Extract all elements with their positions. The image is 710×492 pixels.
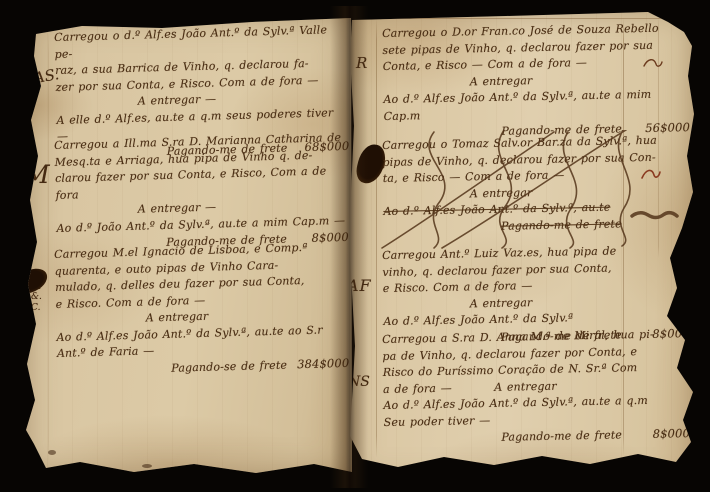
margin-mark: R	[356, 54, 367, 72]
ink-speck	[48, 450, 56, 455]
ledger-entry-cancelled: Carregou o Tomaz Salv.or Bar.za da Sylv.…	[382, 132, 690, 237]
left-page: VAS. M L &. C. Carregou o d.º Alf.es Joã…	[22, 12, 352, 478]
freight-label: Pagando-se de frete	[171, 357, 287, 377]
ledger-entry: Carregou a S.ra D. Anna M.ª de Miral, hu…	[382, 326, 690, 448]
ink-blot	[11, 265, 50, 296]
ledger-entry: Carregou a Ill.ma S.ra D. Marianna Catha…	[54, 130, 349, 255]
entry-line-fragment: a de fora —	[383, 380, 452, 398]
margin-mark: M	[24, 160, 50, 189]
freight-label: Pagando-me de frete	[501, 216, 622, 235]
ink-speck	[142, 464, 152, 468]
right-page: R AF NS Carregou o D.or Fran.co José de …	[346, 6, 698, 488]
freight-amount: 384$000	[297, 354, 350, 372]
ledger-entry: Carregou M.el Ignacio de Lisboa, e Comp.…	[54, 239, 350, 380]
margin-rule	[48, 32, 49, 462]
margin-rule	[376, 18, 377, 458]
manuscript-photo: VAS. M L &. C. Carregou o d.º Alf.es Joã…	[0, 0, 710, 492]
margin-mark: &.	[31, 292, 42, 302]
freight-amount: 8$000	[632, 425, 690, 443]
freight-amount-scribbled	[632, 226, 690, 227]
ledger-entry: Carregou o D.or Fran.co José de Souza Re…	[382, 20, 690, 142]
freight-label: Pagando-me de frete	[501, 427, 622, 446]
margin-mark: C.	[31, 303, 40, 313]
header-rule	[352, 18, 688, 19]
